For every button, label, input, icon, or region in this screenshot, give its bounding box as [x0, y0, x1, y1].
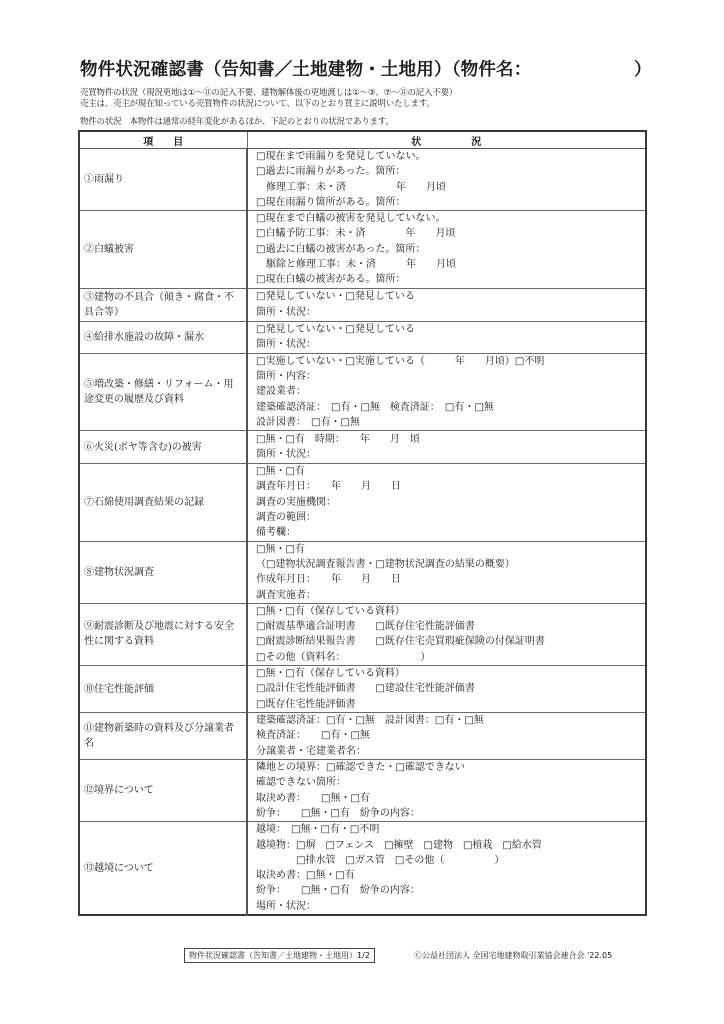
status-line[interactable]: □発見していない・□発見している: [256, 322, 645, 337]
row-status-cell[interactable]: 隣地との境界：□確認できた・□確認できない確認できない箇所：取決め書： □無・□…: [247, 760, 646, 822]
status-line[interactable]: □現在雨漏り箇所がある。箇所：: [256, 195, 645, 210]
status-line[interactable]: 調査年月日： 年 月 日: [256, 479, 645, 494]
property-status-table: 項 目 状 況 ①雨漏り□現在まで雨漏りを発見していない。□過去に雨漏りがあった…: [78, 130, 647, 916]
status-line[interactable]: 建設業者：: [256, 384, 645, 399]
status-line[interactable]: □既存住宅性能評価書: [256, 697, 645, 712]
status-line[interactable]: 紛争： □無・□有 紛争の内容：: [256, 806, 645, 821]
row-item-label: ⑪建物新築時の資料及び分譲業者名: [79, 713, 247, 760]
status-line[interactable]: □耐震基準適合証明書 □既存住宅性能評価書: [256, 619, 645, 634]
row-status-cell[interactable]: □発見していない・□発見している箇所・状況：: [247, 321, 646, 353]
status-line[interactable]: □過去に雨漏りがあった。箇所：: [256, 164, 645, 179]
row-item-label: ⑦石綿使用調査結果の記録: [79, 464, 247, 541]
status-line[interactable]: 取決め書： □無・□有: [256, 791, 645, 806]
table-row: ②白蟻被害□現在まで白蟻の被害を発見していない。□白蟻予防工事：未・済 年 月頃…: [79, 211, 646, 288]
column-header-item: 項 目: [79, 131, 247, 149]
row-item-label: ①雨漏り: [79, 149, 247, 211]
status-line[interactable]: 紛争： □無・□有 紛争の内容：: [256, 883, 645, 898]
status-line[interactable]: □無・□有（保存している資料）: [256, 666, 645, 681]
status-line[interactable]: □無・□有（保存している資料）: [256, 604, 645, 619]
status-line[interactable]: □無・□有 時期： 年 月 頃: [256, 432, 645, 447]
status-line[interactable]: 建築確認済証： □有・□無 検査済証： □有・□無: [256, 400, 645, 415]
row-item-label: ②白蟻被害: [79, 211, 247, 288]
status-line[interactable]: 箇所・内容：: [256, 369, 645, 384]
status-line[interactable]: □設計住宅性能評価書 □建設住宅性能評価書: [256, 681, 645, 696]
status-line[interactable]: 越境物：□塀 □フェンス □擁壁 □建物 □植栽 □給水管: [256, 838, 645, 853]
status-line[interactable]: 建築確認済証：□有・□無 設計図書：□有・□無: [256, 713, 645, 728]
footer-doc-label: 物件状況確認書（告知書／土地建物・土地用）1/2: [184, 948, 375, 963]
footer-copyright: Ⓒ公益社団法人 全国宅地建物取引業協会連合会 '22.05: [414, 950, 612, 961]
row-item-label: ④給排水施設の故障・漏水: [79, 321, 247, 353]
note-property-status: 物件の状況 本物件は通常の経年変化があるほか、下記のとおりの状況であります。: [80, 115, 394, 127]
status-line[interactable]: □発見していない・□発見している: [256, 289, 645, 304]
table-header-row: 項 目 状 況: [79, 131, 646, 149]
status-line[interactable]: 検査済証： □有・□無: [256, 728, 645, 743]
status-line[interactable]: □排水管 □ガス管 □その他（ ）: [256, 853, 645, 868]
status-line[interactable]: 分譲業者・宅建業者名：: [256, 744, 645, 759]
row-item-label: ⑩住宅性能評価: [79, 666, 247, 713]
status-line[interactable]: 備考欄：: [256, 525, 645, 540]
status-line[interactable]: 場所・状況：: [256, 899, 645, 914]
status-line[interactable]: □無・□有: [256, 542, 645, 557]
row-status-cell[interactable]: □現在まで雨漏りを発見していない。□過去に雨漏りがあった。箇所： 修理工事：未・…: [247, 149, 646, 211]
status-line[interactable]: □その他（資料名： ）: [256, 650, 645, 665]
table-row: ⑦石綿使用調査結果の記録□無・□有調査年月日： 年 月 日調査の実施機関：調査の…: [79, 464, 646, 541]
row-item-label: ⑫境界について: [79, 760, 247, 822]
status-line[interactable]: 箇所・状況：: [256, 447, 645, 462]
column-header-status: 状 況: [247, 131, 646, 149]
status-line[interactable]: 駆除と修理工事：未・済 年 月頃: [256, 257, 645, 272]
status-line[interactable]: □現在まで雨漏りを発見していない。: [256, 149, 645, 164]
row-status-cell[interactable]: □無・□有 時期： 年 月 頃箇所・状況：: [247, 431, 646, 464]
table-row: ③建物の不具合（傾き・腐食・不具合等）□発見していない・□発見している箇所・状況…: [79, 288, 646, 321]
table-row: ⑩住宅性能評価□無・□有（保存している資料）□設計住宅性能評価書 □建設住宅性能…: [79, 666, 646, 713]
title-close-paren: ）: [634, 56, 652, 81]
status-line[interactable]: □実施していない・□実施している（ 年 月頃）□不明: [256, 354, 645, 369]
row-item-label: ③建物の不具合（傾き・腐食・不具合等）: [79, 288, 247, 321]
row-status-cell[interactable]: □無・□有（□建物状況調査報告書・□建物状況調査の結果の概要）作成年月日： 年 …: [247, 541, 646, 603]
table-body: ①雨漏り□現在まで雨漏りを発見していない。□過去に雨漏りがあった。箇所： 修理工…: [79, 149, 646, 915]
row-status-cell[interactable]: □無・□有（保存している資料）□設計住宅性能評価書 □建設住宅性能評価書□既存住…: [247, 666, 646, 713]
status-line[interactable]: 隣地との境界：□確認できた・□確認できない: [256, 760, 645, 775]
status-line[interactable]: （□建物状況調査報告書・□建物状況調査の結果の概要）: [256, 557, 645, 572]
row-status-cell[interactable]: □実施していない・□実施している（ 年 月頃）□不明箇所・内容：建設業者：建築確…: [247, 353, 646, 430]
status-line[interactable]: 確認できない箇所：: [256, 775, 645, 790]
table-row: ④給排水施設の故障・漏水□発見していない・□発見している箇所・状況：: [79, 321, 646, 353]
row-item-label: ⑨耐震診断及び地震に対する安全性に関する資料: [79, 603, 247, 665]
table-row: ⑪建物新築時の資料及び分譲業者名建築確認済証：□有・□無 設計図書：□有・□無検…: [79, 713, 646, 760]
status-line[interactable]: □無・□有: [256, 464, 645, 479]
status-line[interactable]: □現在白蟻の被害がある。箇所：: [256, 272, 645, 287]
status-line[interactable]: 越境： □無・□有・□不明: [256, 822, 645, 837]
status-line[interactable]: □耐震診断結果報告書 □既存住宅売買瑕疵保険の付保証明書: [256, 634, 645, 649]
row-item-label: ⑬越境について: [79, 822, 247, 915]
table-row: ⑥火災(ボヤ等含む)の被害□無・□有 時期： 年 月 頃箇所・状況：: [79, 431, 646, 464]
status-line[interactable]: 調査の実施機関：: [256, 495, 645, 510]
status-line[interactable]: 作成年月日： 年 月 日: [256, 572, 645, 587]
status-line[interactable]: 調査実施者：: [256, 588, 645, 603]
table-row: ⑫境界について隣地との境界：□確認できた・□確認できない確認できない箇所：取決め…: [79, 760, 646, 822]
page-title: 物件状況確認書（告知書／土地建物・土地用）（物件名：: [80, 56, 531, 81]
table-row: ①雨漏り□現在まで雨漏りを発見していない。□過去に雨漏りがあった。箇所： 修理工…: [79, 149, 646, 211]
row-status-cell[interactable]: □無・□有調査年月日： 年 月 日調査の実施機関：調査の範囲：備考欄：: [247, 464, 646, 541]
table-row: ⑬越境について越境： □無・□有・□不明越境物：□塀 □フェンス □擁壁 □建物…: [79, 822, 646, 915]
table-row: ⑧建物状況調査□無・□有（□建物状況調査報告書・□建物状況調査の結果の概要）作成…: [79, 541, 646, 603]
doc-label-box: 物件状況確認書（告知書／土地建物・土地用）1/2: [184, 948, 375, 963]
status-line[interactable]: 取決め書：□無・□有: [256, 868, 645, 883]
status-line[interactable]: 設計図書： □有・□無: [256, 415, 645, 430]
note-explanation: 売主は、売主が現在知っている売買物件の状況について、以下のとおり買主に説明いたし…: [80, 97, 435, 109]
row-status-cell[interactable]: □発見していない・□発見している箇所・状況：: [247, 288, 646, 321]
row-status-cell[interactable]: □現在まで白蟻の被害を発見していない。□白蟻予防工事：未・済 年 月頃□過去に白…: [247, 211, 646, 288]
status-line[interactable]: □現在まで白蟻の被害を発見していない。: [256, 211, 645, 226]
table-row: ⑤増改築・修繕・リフォーム・用途変更の履歴及び資料□実施していない・□実施してい…: [79, 353, 646, 430]
row-item-label: ⑥火災(ボヤ等含む)の被害: [79, 431, 247, 464]
row-status-cell[interactable]: 越境： □無・□有・□不明越境物：□塀 □フェンス □擁壁 □建物 □植栽 □給…: [247, 822, 646, 915]
status-line[interactable]: □白蟻予防工事：未・済 年 月頃: [256, 226, 645, 241]
status-line[interactable]: 箇所・状況：: [256, 337, 645, 352]
row-status-cell[interactable]: □無・□有（保存している資料）□耐震基準適合証明書 □既存住宅性能評価書□耐震診…: [247, 603, 646, 665]
status-line[interactable]: □過去に白蟻の被害があった。箇所：: [256, 242, 645, 257]
table-row: ⑨耐震診断及び地震に対する安全性に関する資料□無・□有（保存している資料）□耐震…: [79, 603, 646, 665]
row-status-cell[interactable]: 建築確認済証：□有・□無 設計図書：□有・□無検査済証： □有・□無分譲業者・宅…: [247, 713, 646, 760]
status-line[interactable]: 調査の範囲：: [256, 510, 645, 525]
row-item-label: ⑤増改築・修繕・リフォーム・用途変更の履歴及び資料: [79, 353, 247, 430]
status-line[interactable]: 修理工事：未・済 年 月頃: [256, 180, 645, 195]
status-line[interactable]: 箇所・状況：: [256, 305, 645, 320]
row-item-label: ⑧建物状況調査: [79, 541, 247, 603]
